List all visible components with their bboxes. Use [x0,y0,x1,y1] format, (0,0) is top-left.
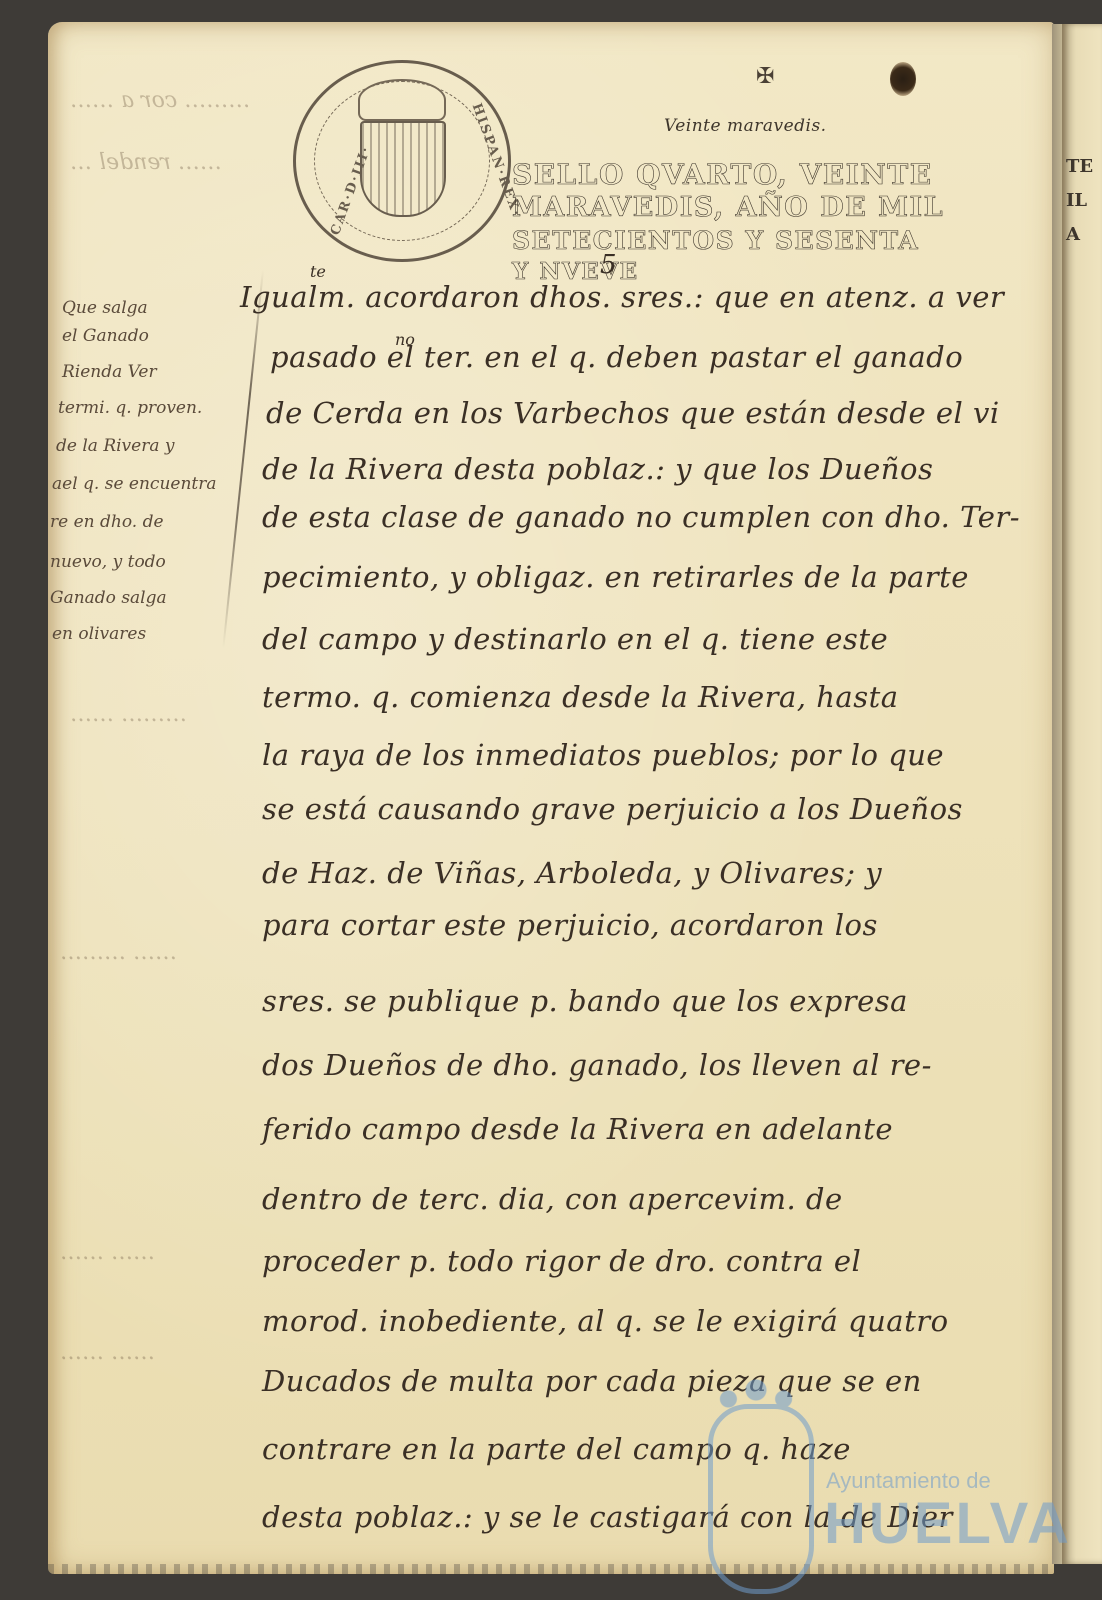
bleed-through-text: …… …… [60,1240,155,1265]
margin-note-line: Que salga [62,298,148,318]
stamp-heading-line: SELLO QVARTO, VEINTE [512,158,933,191]
margin-note-line: en olivares [52,624,146,644]
margin-note-line: termi. q. proven. [58,398,202,418]
body-line: de la Rivera desta poblaz.: y que los Du… [262,452,933,486]
margin-note-line: el Ganado [62,326,149,346]
body-line: Igualm. acordaron dhos. sres.: que en at… [240,280,1004,314]
body-line: proceder p. todo rigor de dro. contra el [262,1244,861,1278]
burn-hole [890,62,916,96]
stamp-heading-line: SETECIENTOS Y SESENTA [512,226,919,255]
stamp-heading-line: MARAVEDIS, AÑO DE MIL [512,192,944,223]
archive-watermark: Ayuntamiento de HUELVA [688,1378,1008,1588]
bleed-through-text: …… rendel … [70,150,222,175]
body-line: de Cerda en los Varbechos que están desd… [266,396,1000,430]
body-line: ferido campo desde la Rivera en adelante [262,1112,893,1146]
body-line: morod. inobediente, al q. se le exigirá … [262,1304,949,1338]
body-line: la raya de los inmediatos pueblos; por l… [262,738,944,772]
margin-note-line: re en dho. de [50,512,164,532]
body-line: pecimiento, y obligaz. en retirarles de … [262,560,969,594]
page-mark: 5 [600,250,617,280]
superscript-abbrev: te [310,262,326,281]
margin-note-line: Ganado salga [50,588,167,608]
body-line: de esta clase de ganado no cumplen con d… [262,500,1020,534]
body-line: dentro de terc. dia, con apercevim. de [262,1182,843,1216]
margin-note-line: nuevo, y todo [50,552,166,572]
watermark-city-label: HUELVA [824,1490,1072,1557]
body-line: termo. q. comienza desde la Rivera, hast… [262,680,899,714]
adjacent-page-text: TE IL A [1066,150,1093,252]
body-line: dos Dueños de dho. ganado, los lleven al… [262,1048,932,1082]
bleed-through-text: …… …… [60,1340,155,1365]
body-line: para cortar este perjuicio, acordaron lo… [262,908,878,942]
stamp-value-label: Veinte maravedis. [664,116,827,136]
body-line: sres. se publique p. bando que los expre… [262,984,908,1018]
city-shield-icon [708,1404,814,1594]
coat-of-arms-icon [360,121,446,217]
margin-note-line: de la Rivera y [56,436,175,456]
adjacent-page-edge [1062,24,1102,1564]
margin-note-line: ael q. se encuentra [52,474,217,494]
bleed-through-text: ……… cor a …… [70,88,250,113]
bleed-through-text: …… ……… [60,940,177,965]
cross-icon: ✠ [756,64,774,89]
bleed-through-text: ……… …… [70,702,187,727]
body-line: de Haz. de Viñas, Arboleda, y Olivares; … [262,856,882,890]
body-line: pasado el ter. en el q. deben pastar el … [270,340,963,374]
margin-note-line: Rienda Ver [62,362,157,382]
crown-icon [358,79,446,121]
body-line: se está causando grave perjuicio a los D… [262,792,963,826]
royal-seal-stamp: CAR·D·III· HISPAN·REX· [293,60,511,262]
body-line: del campo y destinarlo en el q. tiene es… [262,622,888,656]
